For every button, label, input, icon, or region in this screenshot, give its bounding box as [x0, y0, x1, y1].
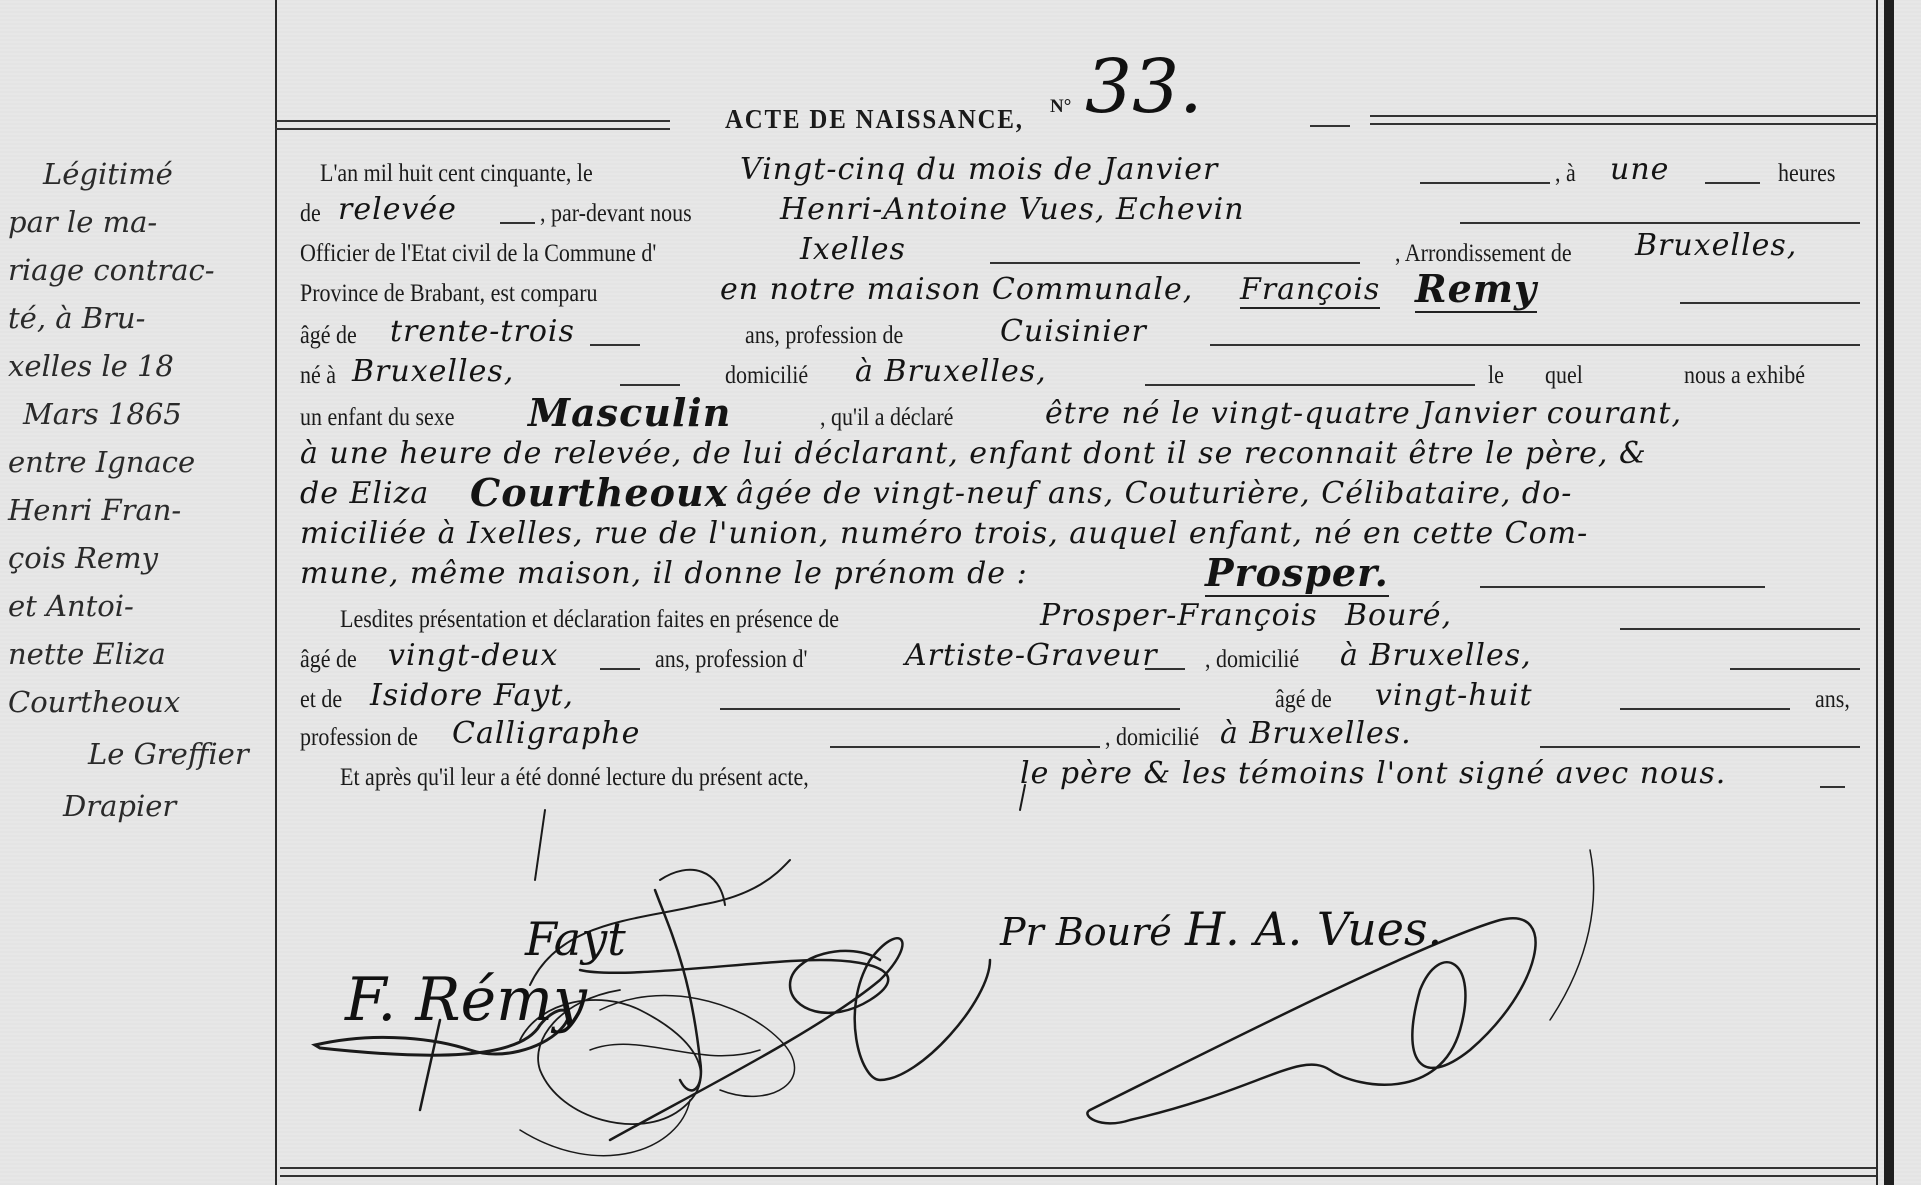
footer-rule — [280, 1167, 1876, 1177]
signatures-flourishes: F. Rémy Fayt Pr Bouré H. A. Vues. — [0, 0, 1921, 1185]
signature-remy: F. Rémy — [344, 965, 588, 1035]
signature-fayt: Fayt — [524, 912, 626, 966]
register-page: ACTE DE NAISSANCE, N° 33. L'an mil huit … — [0, 0, 1921, 1185]
signature-vues: H. A. Vues. — [1184, 902, 1442, 956]
signature-boure: Pr Bouré — [999, 910, 1172, 954]
